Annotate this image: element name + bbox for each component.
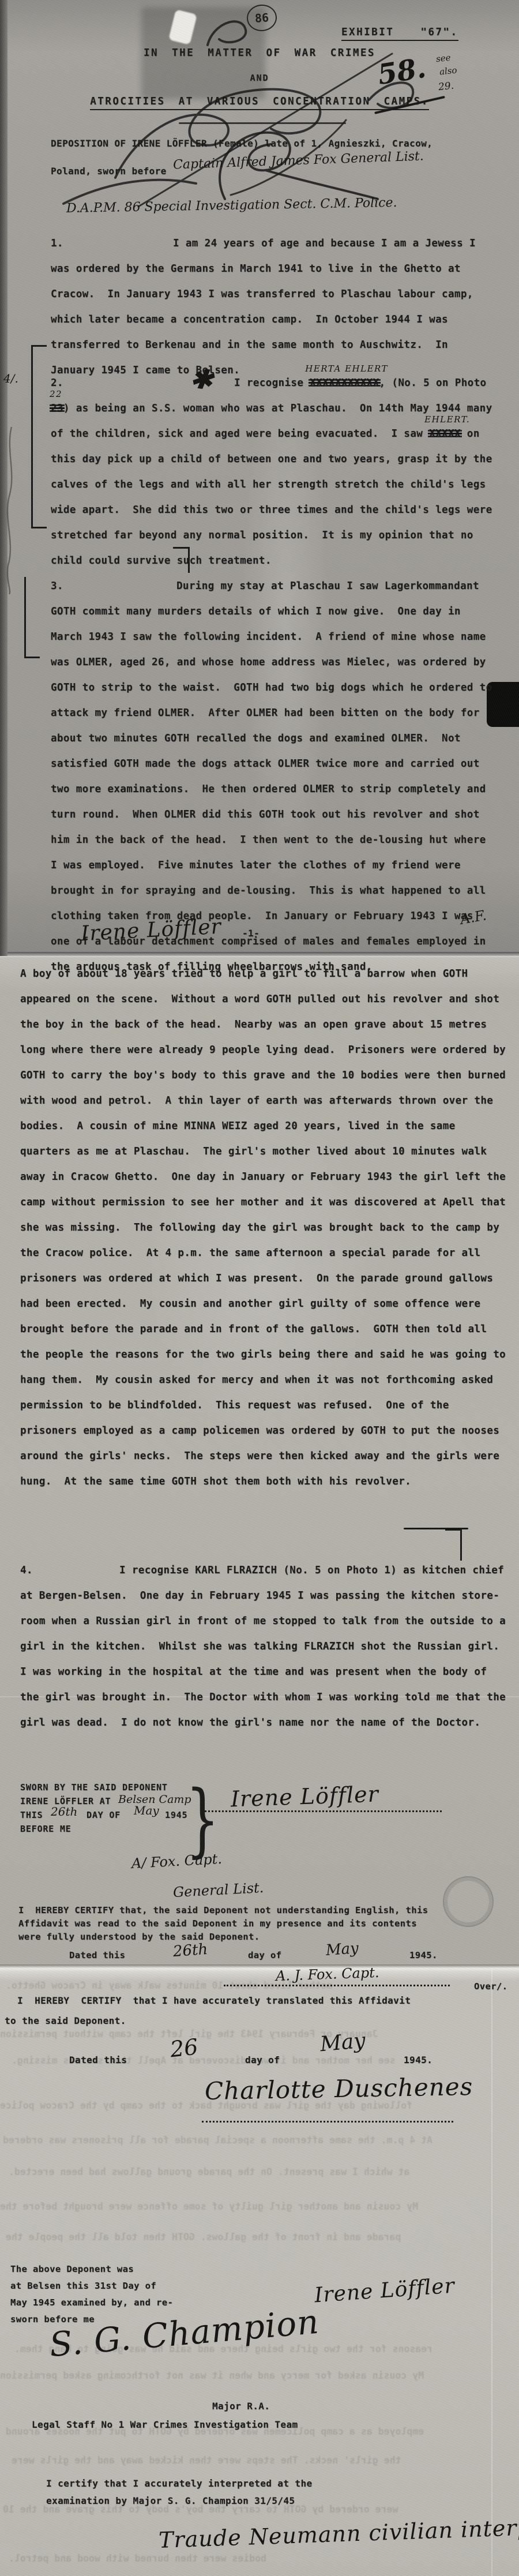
handwritten-month: May [325, 1940, 359, 1959]
document-title-line-3: ATROCITIES AT VARIOUS CONCENTRATION CAMP… [69, 96, 450, 107]
handwritten-correction-number: 22 [50, 381, 62, 407]
ghost-bleed-line: At 4 p.m. the same afternoon a special p… [3, 2135, 432, 2146]
signature-dotted-line [224, 1985, 450, 1986]
ghost-bleed-line: at which I was present. On the parade gr… [9, 2166, 409, 2177]
certification-translate-line-1: I HEREBY CERTIFY that I have accurately … [17, 1993, 411, 2008]
officer-unit: Legal Staff No 1 War Crimes Investigatio… [32, 2417, 298, 2432]
handwritten-day: 26 [169, 2034, 200, 2063]
closing-bracket-mark [445, 1529, 462, 1561]
dated-year: 1945. [409, 1949, 438, 1962]
handwritten-month: May [134, 1803, 159, 1817]
paragraph-1: I am 24 years of age and because I am a … [51, 231, 492, 383]
certification-translate-line-2: to the said Deponent. [5, 2013, 126, 2028]
handwritten-asterisk: ✱ [188, 362, 215, 396]
jurat-line-3b: DAY OF [86, 1808, 121, 1822]
jurat-line-3a: THIS [20, 1808, 43, 1822]
jurat-line-4: BEFORE ME [20, 1822, 71, 1836]
handwritten-underline [404, 1528, 468, 1529]
paragraph-2: I recognise XXXXXXXXXXXHERTA EHLERT, (No… [51, 370, 492, 573]
ghost-bleed-line: My cousin asked for mercy and when it wa… [0, 2370, 424, 2381]
interpreter-line-2: examination by Major S. G. Champion 31/5… [46, 2493, 295, 2508]
resworn-line-1: The above Deponent was [10, 2263, 134, 2276]
margin-bracket [24, 577, 40, 658]
margin-annotation: 4/. [3, 372, 18, 385]
signature-dotted-line [202, 2121, 453, 2123]
dated-prefix: Dated this [69, 1949, 125, 1962]
dated-mid: day of [248, 1949, 281, 1962]
translator-signature: Charlotte Duschenes [205, 2072, 473, 2105]
paragraph-3-part-2: A boy of about 18 years tried to help a … [20, 961, 509, 1494]
resworn-line-3: May 1945 examined by, and re- [10, 2296, 173, 2309]
deponent-signature: Irene Löffler [230, 1782, 379, 1812]
see-also-note: 29. [438, 80, 454, 93]
dated-mid: day of [245, 2053, 280, 2068]
certification-read-body: I HEREBY CERTIFY that, the said Deponent… [18, 1904, 506, 1944]
secondary-underline [179, 122, 346, 124]
handwritten-day: 26th [172, 1941, 208, 1960]
see-also-note: also [439, 65, 457, 77]
struck-out-name: XXXXXEHLERT. [429, 421, 461, 447]
paragraph-4: I recognise KARL FLRAZICH (No. 5 on Phot… [20, 1558, 509, 1735]
handwritten-day: 26th [51, 1805, 77, 1818]
scanned-affidavit-document: 86 EXHIBIT "67". 58. see also 29. IN THE… [0, 0, 519, 2576]
see-also-note: see [435, 53, 451, 65]
deposition-intro-line-1: DEPOSITION OF IRENE LÖFFLER (Female) lat… [51, 136, 501, 151]
dated-year: 1945. [404, 2053, 432, 2068]
over-marker: Over/. [474, 1980, 507, 1993]
jurat-line-3c: 1945 [165, 1808, 187, 1822]
handwritten-month: May [319, 2029, 366, 2057]
struck-out-name: XXXXXXXXXXXHERTA EHLERT [310, 370, 379, 396]
resworn-line-2: at Belsen this 31st Day of [10, 2279, 156, 2293]
page-seam [0, 1964, 519, 1971]
struck-out-photo-number: 2322 [51, 396, 63, 421]
jurat-line-1: SWORN BY THE SAID DEPONENT [20, 1780, 168, 1794]
ghost-bleed-line: parade and in front of the gallows. GOTH… [6, 2232, 401, 2243]
ghost-bleed-line: My cousin and another girl guilty of som… [0, 2201, 418, 2212]
ghost-bleed-line: bodies were then burned with wood and pe… [9, 2553, 266, 2564]
ghost-bleed-line: the girls' necks. The steps were then ki… [12, 2455, 401, 2466]
handwritten-correction-name: EHLERT. [424, 407, 470, 432]
exhibit-label: EXHIBIT "67". [341, 27, 458, 41]
page-number: -1- [242, 928, 259, 939]
interpreter-line-1: I certify that I accurately interpreted … [46, 2476, 313, 2491]
paragraph-3-part-1: During my stay at Plaschau I saw Lagerko… [51, 573, 492, 980]
scan-edge-shadow [0, 0, 7, 956]
margin-bracket [31, 345, 47, 528]
officer-rank: Major R.A. [212, 2399, 270, 2414]
dated-prefix: Dated this [69, 2053, 127, 2068]
handwritten-correction-name: HERTA EHLERT [305, 356, 388, 381]
